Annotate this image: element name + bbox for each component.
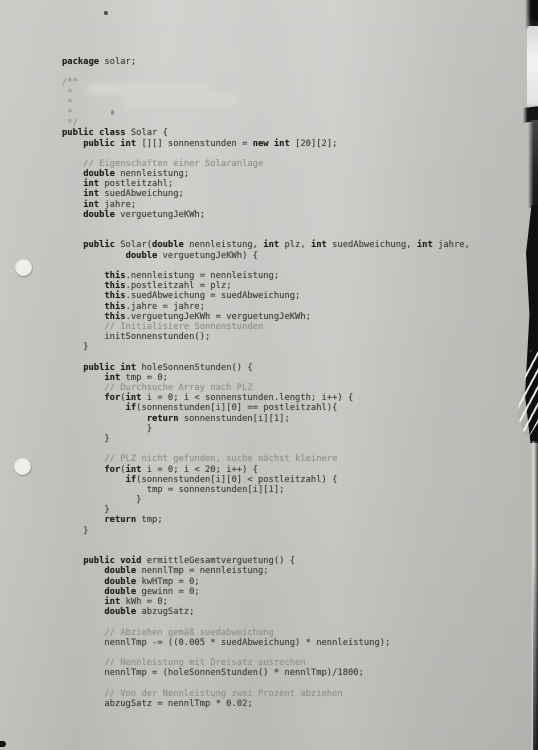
code-text: abzugSatz; (136, 607, 194, 617)
code-keyword: public (62, 128, 94, 138)
code-text: } (62, 495, 141, 505)
code-line: } (62, 495, 470, 505)
code-line: double kwHTmp = 0; (62, 577, 470, 587)
code-text: .nennleistung = nennleistung; (126, 271, 280, 281)
code-text: nennlTmp = (holeSonnenStunden() * nennlT… (62, 668, 364, 678)
code-line: int suedAbweichung; (62, 189, 470, 199)
code-text: i = 0; i < sonnenstunden.length; i++) { (141, 393, 353, 403)
code-text: } (62, 434, 110, 444)
scan-edge-artifact (528, 120, 538, 208)
code-line (62, 261, 470, 271)
code-text: nennleistung; (115, 169, 189, 179)
code-comment: */ (62, 118, 78, 128)
code-text: gewinn = 0; (136, 587, 200, 597)
code-line: double nennlTmp = nennleistung; (62, 566, 470, 576)
code-text: verguetungJeKWh; (115, 210, 205, 220)
code-line: double verguetungJeKWh) { (62, 251, 470, 261)
code-line (62, 220, 470, 230)
code-text: } (62, 526, 88, 536)
code-keyword: int (263, 240, 279, 250)
code-line: for(int i = 0; i < 20; i++) { (62, 465, 470, 475)
code-text: } (62, 424, 152, 434)
code-line: this.jahre = jahre; (62, 302, 470, 312)
code-text (62, 607, 104, 617)
code-line: // Von der Nennleistung zwei Prozent abz… (62, 689, 470, 699)
code-line (62, 230, 470, 240)
code-keyword: double (126, 251, 158, 261)
scanned-paper-page: package solar; /** * * * */public class … (0, 0, 538, 750)
code-line (62, 67, 470, 77)
punch-hole-bottom (14, 458, 31, 475)
code-line: public int holeSonnenStunden() { (62, 363, 470, 373)
code-text (62, 556, 83, 566)
code-comment: // Initialisiere Sonnenstunden (62, 322, 263, 332)
code-line: for(int i = 0; i < sonnenstunden.length;… (62, 393, 470, 403)
code-text (62, 587, 104, 597)
code-line (62, 648, 470, 658)
code-keyword: int (104, 373, 120, 383)
code-keyword: int (120, 363, 136, 373)
code-line: if(sonnenstunden[i][0] < postleitzahl) { (62, 475, 470, 485)
code-line (62, 149, 470, 159)
code-line: */ (62, 118, 470, 128)
code-line (62, 678, 470, 688)
code-text: jahre; (99, 200, 136, 210)
code-line: public int [][] sonnenstunden = new int … (62, 139, 470, 149)
code-line: public class Solar { (62, 128, 470, 138)
code-line: } (62, 342, 470, 352)
code-text: abzugSatz = nennlTmp * 0.02; (62, 699, 253, 709)
ink-speck (104, 11, 108, 15)
code-keyword: if (126, 475, 137, 485)
code-line: } (62, 526, 470, 536)
code-keyword: if (126, 403, 137, 413)
code-text: [20][2]; (290, 139, 338, 149)
code-keyword: int (104, 597, 120, 607)
code-keyword: int (417, 240, 433, 250)
code-text (62, 566, 104, 576)
code-keyword: double (83, 210, 115, 220)
code-text: nennlTmp -= ((0.005 * suedAbweichung) * … (62, 638, 390, 648)
code-text (62, 210, 83, 220)
code-line: double gewinn = 0; (62, 587, 470, 597)
code-comment: // Abziehen gemäß suedabweichung (62, 628, 274, 638)
code-line: nennlTmp = (holeSonnenStunden() * nennlT… (62, 668, 470, 678)
code-line: initSonnenstunden(); (62, 332, 470, 342)
code-line (62, 546, 470, 556)
code-text: [][] sonnenstunden = (136, 139, 253, 149)
code-line (62, 444, 470, 454)
code-line: this.verguetungJeKWh = verguetungJeKWh; (62, 312, 470, 322)
code-keyword: this (104, 302, 125, 312)
code-comment: // Nennleistung mit Dreisatz ausrechen (62, 658, 306, 668)
code-line: public void ermittleGesamtverguetung() { (62, 556, 470, 566)
code-keyword: class (99, 128, 125, 138)
code-text: .jahre = jahre; (126, 302, 205, 312)
code-keyword: return (147, 414, 179, 424)
code-text: Solar( (115, 240, 152, 250)
code-line: abzugSatz = nennlTmp * 0.02; (62, 699, 470, 709)
code-keyword: double (104, 587, 136, 597)
code-comment: // Durchsuche Array nach PLZ (62, 383, 253, 393)
code-text (62, 597, 104, 607)
code-text (62, 302, 104, 312)
code-text: solar; (99, 57, 136, 67)
code-keyword: int (83, 189, 99, 199)
code-line: int kWh = 0; (62, 597, 470, 607)
code-text: .postleitzahl = plz; (126, 281, 232, 291)
code-text: i = 0; i < 20; i++) { (141, 465, 258, 475)
code-line: // Nennleistung mit Dreisatz ausrechen (62, 658, 470, 668)
code-text (62, 577, 104, 587)
code-line: // Durchsuche Array nach PLZ (62, 383, 470, 393)
code-line: } (62, 505, 470, 515)
code-text (62, 475, 126, 485)
code-line: double abzugSatz; (62, 607, 470, 617)
code-text: holeSonnenStunden() { (136, 363, 253, 373)
code-keyword: for (104, 393, 120, 403)
punch-hole-top (15, 259, 32, 276)
code-text: tmp = 0; (120, 373, 168, 383)
code-text: suedAbweichung; (99, 189, 184, 199)
code-line: int jahre; (62, 200, 470, 210)
code-line: this.nennleistung = nennleistung; (62, 271, 470, 281)
code-text: nennleistung, (184, 240, 263, 250)
code-keyword: public (83, 240, 115, 250)
code-comment: * (62, 88, 73, 98)
code-comment: * (62, 108, 73, 118)
code-text (62, 169, 83, 179)
code-text: nennlTmp = nennleistung; (136, 566, 268, 576)
code-text: ermittleGesamtverguetung() { (141, 556, 295, 566)
code-text (62, 291, 104, 301)
code-text: sonnenstunden[i][1]; (179, 414, 290, 424)
code-keyword: package (62, 57, 99, 67)
code-keyword: int (274, 139, 290, 149)
code-text (62, 403, 126, 413)
code-text: Solar { (126, 128, 168, 138)
code-line: nennlTmp -= ((0.005 * suedAbweichung) * … (62, 638, 470, 648)
code-line: * (62, 108, 470, 118)
code-keyword: this (104, 291, 125, 301)
code-line (62, 352, 470, 362)
code-text: } (62, 505, 110, 515)
code-keyword: public (83, 556, 115, 566)
scan-corner-mark (0, 741, 6, 747)
code-text (62, 312, 104, 322)
code-text (62, 465, 104, 475)
code-line (62, 617, 470, 627)
code-keyword: this (104, 312, 125, 322)
code-keyword: int (120, 139, 136, 149)
code-keyword: public (83, 139, 115, 149)
code-line: } (62, 434, 470, 444)
code-line: package solar; (62, 57, 470, 67)
code-text (62, 251, 126, 261)
code-text (62, 179, 83, 189)
code-comment: // Von der Nennleistung zwei Prozent abz… (62, 689, 343, 699)
code-keyword: int (83, 179, 99, 189)
code-comment: * (62, 98, 73, 108)
code-text: .verguetungJeKWh = verguetungJeKWh; (126, 312, 311, 322)
code-text (62, 393, 104, 403)
code-line: } (62, 424, 470, 434)
code-keyword: public (83, 363, 115, 373)
code-line: public Solar(double nennleistung, int pl… (62, 240, 470, 250)
code-text: kWh = 0; (120, 597, 168, 607)
source-code: package solar; /** * * * */public class … (62, 57, 470, 709)
code-keyword: double (83, 169, 115, 179)
code-line: // Eigenschaften einer Solaranlage (62, 159, 470, 169)
code-text (62, 363, 83, 373)
code-keyword: this (104, 271, 125, 281)
code-text: tmp = sonnenstunden[i][1]; (62, 485, 284, 495)
code-line: return sonnenstunden[i][1]; (62, 414, 470, 424)
code-keyword: double (104, 607, 136, 617)
code-text: verguetungJeKWh) { (157, 251, 258, 261)
code-text: } (62, 342, 88, 352)
code-keyword: int (311, 240, 327, 250)
code-text (62, 414, 147, 424)
code-text (62, 200, 83, 210)
code-text: (sonnenstunden[i][0] == postleitzahl){ (136, 403, 337, 413)
code-text (62, 281, 104, 291)
code-line: int tmp = 0; (62, 373, 470, 383)
code-text: jahre, (433, 240, 470, 250)
code-line: this.postleitzahl = plz; (62, 281, 470, 291)
code-text: kwHTmp = 0; (136, 577, 200, 587)
code-line: // PLZ nicht gefunden, suche nächst klei… (62, 454, 470, 464)
code-keyword: for (104, 465, 120, 475)
code-text (62, 240, 83, 250)
code-text (62, 189, 83, 199)
code-text: initSonnenstunden(); (62, 332, 210, 342)
code-keyword: new (253, 139, 269, 149)
code-text: postleitzahl; (99, 179, 173, 189)
code-text: tmp; (136, 515, 162, 525)
code-keyword: int (83, 200, 99, 210)
code-text: (sonnenstunden[i][0] < postleitzahl) { (136, 475, 337, 485)
code-line: int postleitzahl; (62, 179, 470, 189)
code-line: tmp = sonnenstunden[i][1]; (62, 485, 470, 495)
code-text: suedAbweichung, (327, 240, 417, 250)
code-text (62, 271, 104, 281)
scan-edge-artifact (527, 26, 538, 112)
code-keyword: int (126, 465, 142, 475)
code-text (62, 515, 104, 525)
code-line (62, 536, 470, 546)
code-text (62, 139, 83, 149)
code-keyword: double (104, 577, 136, 587)
code-comment: /** (62, 77, 78, 87)
code-text (62, 373, 104, 383)
code-line: double verguetungJeKWh; (62, 210, 470, 220)
code-keyword: int (126, 393, 142, 403)
code-line: double nennleistung; (62, 169, 470, 179)
code-line: if(sonnenstunden[i][0] == postleitzahl){ (62, 403, 470, 413)
code-line: this.suedAbweichung = suedAbweichung; (62, 291, 470, 301)
code-line: // Initialisiere Sonnenstunden (62, 322, 470, 332)
code-comment: // PLZ nicht gefunden, suche nächst klei… (62, 454, 337, 464)
code-keyword: this (104, 281, 125, 291)
code-text: .suedAbweichung = suedAbweichung; (126, 291, 301, 301)
code-keyword: void (120, 556, 141, 566)
code-line: // Abziehen gemäß suedabweichung (62, 628, 470, 638)
code-comment: // Eigenschaften einer Solaranlage (62, 159, 263, 169)
code-keyword: return (104, 515, 136, 525)
code-line: return tmp; (62, 515, 470, 525)
scan-edge-artifact (515, 343, 538, 440)
code-text: plz, (279, 240, 311, 250)
code-keyword: double (152, 240, 184, 250)
whiteout-redaction-mark (122, 93, 238, 106)
scan-edge-artifact (533, 560, 538, 750)
code-keyword: double (104, 566, 136, 576)
